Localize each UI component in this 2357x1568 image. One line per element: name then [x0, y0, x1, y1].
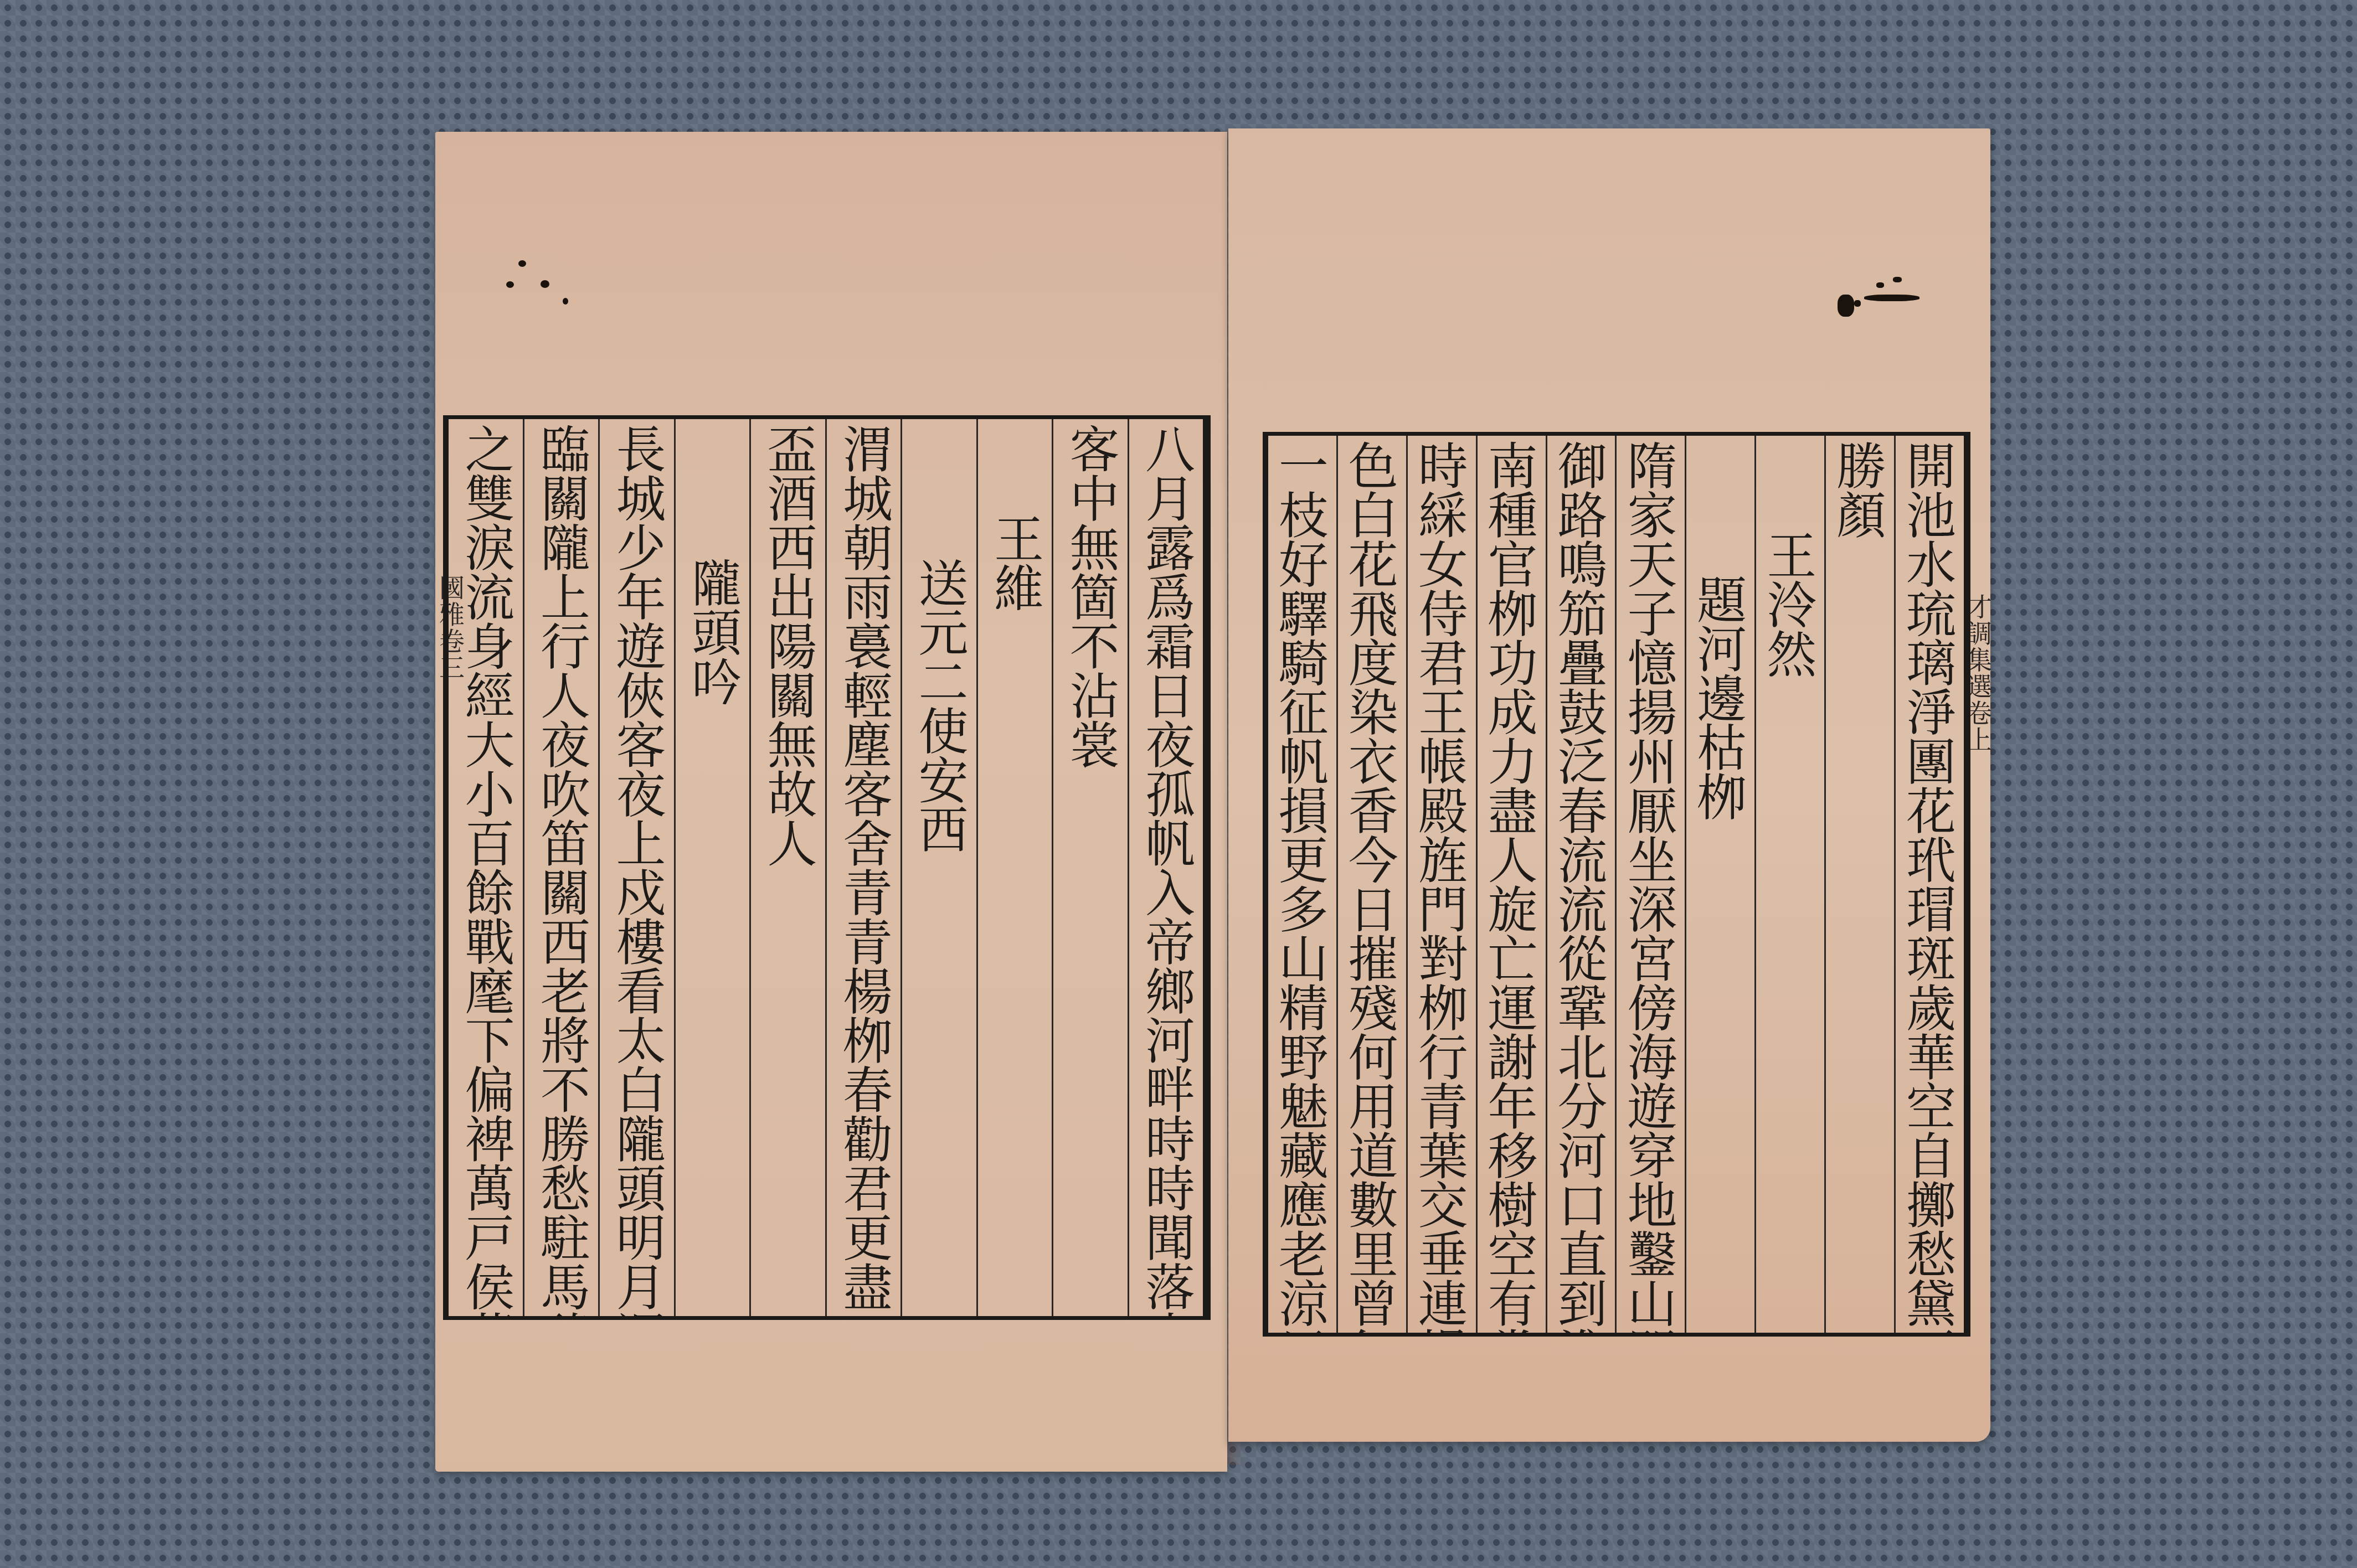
title-column: 隴頭吟 — [674, 419, 750, 1316]
author-column: 王維 — [976, 419, 1052, 1316]
column: 色白花飛度染衣香今日摧殘何用道數里曾無 — [1336, 436, 1406, 1333]
column: 八月露爲霜日夜孤帆入帝鄉河畔時時聞落木 — [1128, 419, 1203, 1316]
column: 一枝好驛騎征帆損更多山精野魅藏應老涼風 — [1268, 436, 1336, 1333]
column: 御路鳴笳疊鼓泛春流流從鞏北分河口直到淮 — [1546, 436, 1615, 1333]
left-page: 國雅卷三 八月露爲霜日夜孤帆入帝鄉河畔時時聞落木 客中無箇不沾裳 王維 送元二使… — [435, 132, 1227, 1472]
wormhole — [1893, 277, 1902, 282]
right-page: 才調集選卷上 開池水琉璃淨團花玳瑁斑歲華空自擲愁黛不 勝顏 王泠然 題河邊枯栁 … — [1228, 128, 1990, 1442]
wormhole — [563, 298, 568, 305]
title-column: 送元二使安西 — [900, 419, 976, 1316]
column: 臨關隴上行人夜吹笛關西老將不勝愁駐馬聽 — [523, 419, 599, 1316]
column: 南種官栁功成力盡人旋亡運謝年移樹空有當 — [1476, 436, 1546, 1333]
wormhole — [1838, 295, 1854, 317]
wormhole — [506, 281, 514, 288]
column: 盃酒西出陽關無故人 — [749, 419, 825, 1316]
wormhole — [1876, 282, 1884, 288]
wormhole — [541, 280, 549, 288]
column: 客中無箇不沾裳 — [1052, 419, 1128, 1316]
title-column: 題河邊枯栁 — [1685, 436, 1754, 1333]
column: 渭城朝雨裛輕塵客舍青青楊栁春勸君更盡一 — [825, 419, 901, 1316]
left-page-columns: 八月露爲霜日夜孤帆入帝鄉河畔時時聞落木 客中無箇不沾裳 王維 送元二使安西 渭城… — [449, 419, 1203, 1316]
column: 長城少年遊俠客夜上戍樓看太白隴頭明月迥 — [598, 419, 674, 1316]
right-page-text-frame: 開池水琉璃淨團花玳瑁斑歲華空自擲愁黛不 勝顏 王泠然 題河邊枯栁 隋家天子憶揚州… — [1263, 432, 1970, 1337]
wormhole — [1854, 300, 1861, 307]
column: 時綵女侍君王帳殿旌門對栁行青葉交垂連幔 — [1406, 436, 1476, 1333]
column: 開池水琉璃淨團花玳瑁斑歲華空自擲愁黛不 — [1894, 436, 1964, 1333]
column: 隋家天子憶揚州厭坐深宮傍海遊穿地鑿山開 — [1615, 436, 1685, 1333]
left-page-text-frame: 八月露爲霜日夜孤帆入帝鄉河畔時時聞落木 客中無箇不沾裳 王維 送元二使安西 渭城… — [443, 415, 1211, 1320]
wormhole — [1864, 295, 1919, 301]
column: 之雙淚流身經大小百餘戰麾下偏裨萬戸侯蘇 — [449, 419, 523, 1316]
column: 勝顏 — [1824, 436, 1894, 1333]
right-page-columns: 開池水琉璃淨團花玳瑁斑歲華空自擲愁黛不 勝顏 王泠然 題河邊枯栁 隋家天子憶揚州… — [1268, 436, 1964, 1333]
open-book: 國雅卷三 八月露爲霜日夜孤帆入帝鄉河畔時時聞落木 客中無箇不沾裳 王維 送元二使… — [0, 0, 2357, 1568]
wormhole — [518, 260, 526, 267]
author-column: 王泠然 — [1754, 436, 1824, 1333]
